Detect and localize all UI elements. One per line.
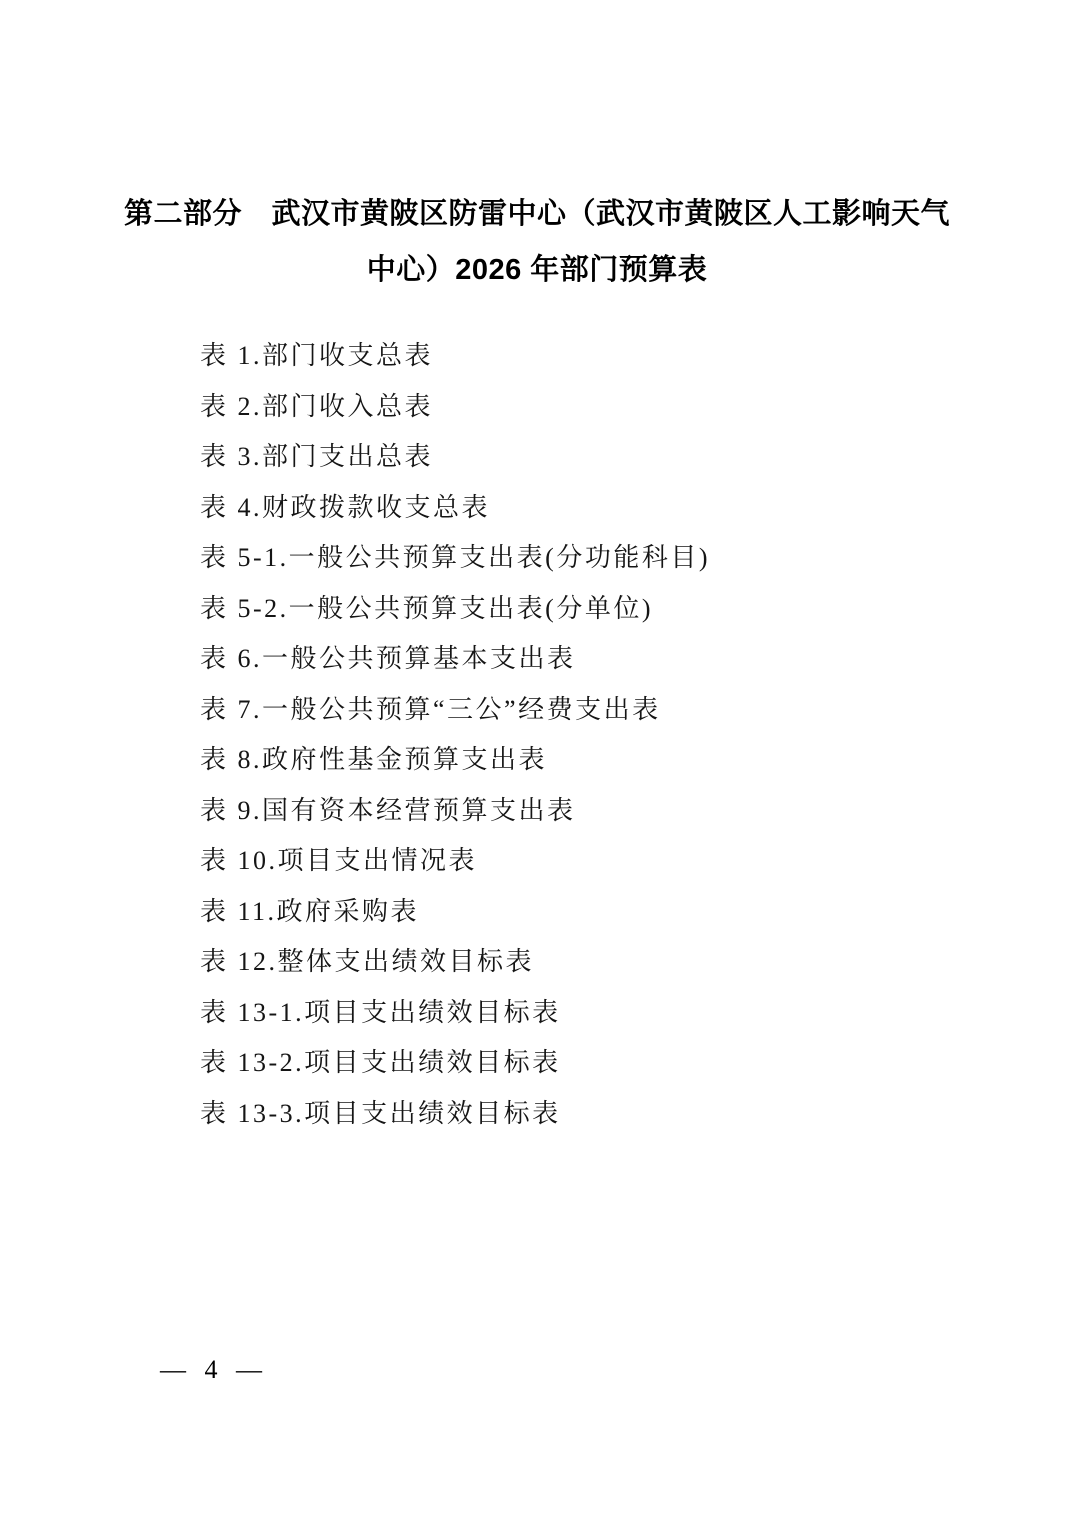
title-line-1: 第二部分 武汉市黄陂区防雷中心（武汉市黄陂区人工影响天气 [0, 186, 1074, 242]
page-footer: — 4 — [160, 1352, 268, 1388]
list-item-table-13-1: 表 13-1.项目支出绩效目标表 [200, 988, 710, 1039]
table-of-contents: 表 1.部门收支总表 表 2.部门收入总表 表 3.部门支出总表 表 4.财政拨… [200, 331, 710, 1139]
title-line-2: 中心）2026 年部门预算表 [0, 242, 1074, 298]
list-item-table-12: 表 12.整体支出绩效目标表 [200, 937, 710, 988]
document-title: 第二部分 武汉市黄陂区防雷中心（武汉市黄陂区人工影响天气 中心）2026 年部门… [0, 186, 1074, 298]
list-item-table-13-3: 表 13-3.项目支出绩效目标表 [200, 1089, 710, 1140]
list-item-table-2: 表 2.部门收入总表 [200, 382, 710, 433]
list-item-table-5-2: 表 5-2.一般公共预算支出表(分单位) [200, 584, 710, 635]
list-item-table-1: 表 1.部门收支总表 [200, 331, 710, 382]
document-page: 第二部分 武汉市黄陂区防雷中心（武汉市黄陂区人工影响天气 中心）2026 年部门… [0, 0, 1074, 1520]
list-item-table-10: 表 10.项目支出情况表 [200, 836, 710, 887]
list-item-table-6: 表 6.一般公共预算基本支出表 [200, 634, 710, 685]
list-item-table-9: 表 9.国有资本经营预算支出表 [200, 786, 710, 837]
list-item-table-5-1: 表 5-1.一般公共预算支出表(分功能科目) [200, 533, 710, 584]
list-item-table-11: 表 11.政府采购表 [200, 887, 710, 938]
list-item-table-3: 表 3.部门支出总表 [200, 432, 710, 483]
list-item-table-4: 表 4.财政拨款收支总表 [200, 483, 710, 534]
list-item-table-8: 表 8.政府性基金预算支出表 [200, 735, 710, 786]
page-number: — 4 — [160, 1355, 268, 1384]
list-item-table-13-2: 表 13-2.项目支出绩效目标表 [200, 1038, 710, 1089]
list-item-table-7: 表 7.一般公共预算“三公”经费支出表 [200, 685, 710, 736]
